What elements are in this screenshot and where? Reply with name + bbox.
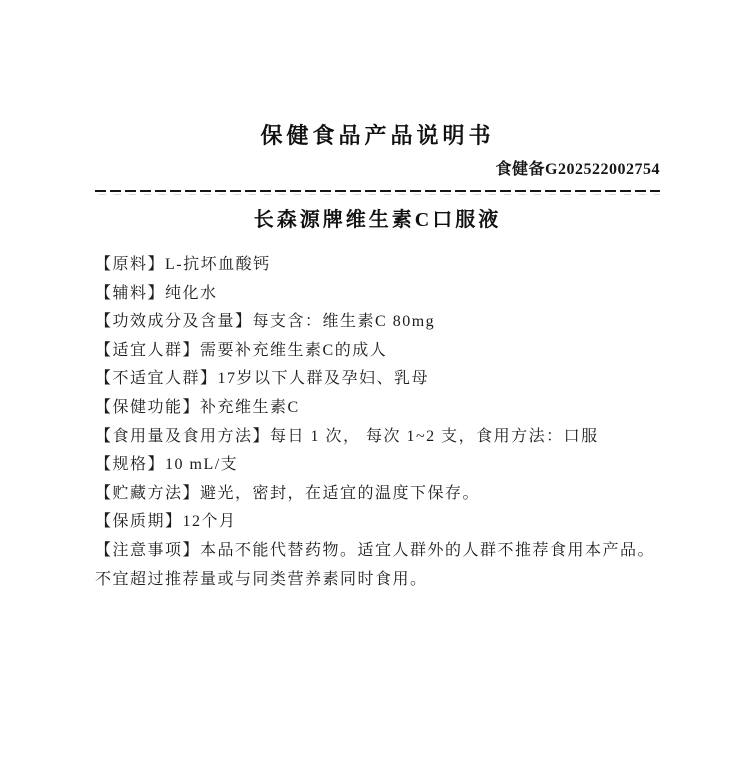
field-value: L-抗坏血酸钙: [165, 256, 271, 273]
field-value: 每日 1 次， 每次 1~2 支，食用方法：口服: [270, 428, 599, 445]
field-value: 12个月: [183, 513, 237, 530]
field-value: 每支含：维生素C 80mg: [253, 313, 436, 330]
field-label: 【规格】: [95, 456, 165, 473]
document-title: 保健食品产品说明书: [95, 122, 660, 150]
field-value: 10 mL/支: [165, 456, 238, 473]
field-label: 【辅料】: [95, 285, 165, 302]
field-row-storage: 【贮藏方法】避光，密封，在适宜的温度下保存。: [95, 480, 660, 509]
registration-line: 食健备G202522002754: [95, 160, 660, 180]
field-label: 【食用量及食用方法】: [95, 428, 270, 445]
field-row-shelf-life: 【保质期】12个月: [95, 508, 660, 537]
field-label: 【不适宜人群】: [95, 370, 218, 387]
field-row-dosage-method: 【食用量及食用方法】每日 1 次， 每次 1~2 支，食用方法：口服: [95, 423, 660, 452]
product-name: 长森源牌维生素C口服液: [95, 207, 660, 233]
field-row-raw-material: 【原料】L-抗坏血酸钙: [95, 251, 660, 280]
registration-number: 食健备G202522002754: [496, 161, 660, 178]
field-value: 17岁以下人群及孕妇、乳母: [218, 370, 430, 387]
field-label: 【保健功能】: [95, 399, 200, 416]
field-label: 【功效成分及含量】: [95, 313, 253, 330]
fields-list: 【原料】L-抗坏血酸钙 【辅料】纯化水 【功效成分及含量】每支含：维生素C 80…: [95, 251, 660, 594]
field-row-active-ingredient: 【功效成分及含量】每支含：维生素C 80mg: [95, 308, 660, 337]
field-label: 【保质期】: [95, 513, 183, 530]
field-value: 纯化水: [165, 285, 218, 302]
dashed-divider: [95, 190, 660, 196]
field-row-excipients: 【辅料】纯化水: [95, 280, 660, 309]
field-label: 【原料】: [95, 256, 165, 273]
field-label: 【适宜人群】: [95, 342, 200, 359]
field-value: 需要补充维生素C的成人: [200, 342, 387, 359]
field-label: 【注意事项】: [95, 542, 200, 559]
field-value: 避光，密封，在适宜的温度下保存。: [200, 485, 480, 502]
field-row-health-function: 【保健功能】补充维生素C: [95, 394, 660, 423]
field-row-unsuitable-group: 【不适宜人群】17岁以下人群及孕妇、乳母: [95, 365, 660, 394]
document-page: 保健食品产品说明书 食健备G202522002754 长森源牌维生素C口服液 【…: [95, 0, 660, 782]
field-value: 补充维生素C: [200, 399, 300, 416]
field-row-precautions: 【注意事项】本品不能代替药物。适宜人群外的人群不推荐食用本产品。不宜超过推荐量或…: [95, 537, 660, 594]
field-row-specification: 【规格】10 mL/支: [95, 451, 660, 480]
field-row-suitable-group: 【适宜人群】需要补充维生素C的成人: [95, 337, 660, 366]
field-label: 【贮藏方法】: [95, 485, 200, 502]
